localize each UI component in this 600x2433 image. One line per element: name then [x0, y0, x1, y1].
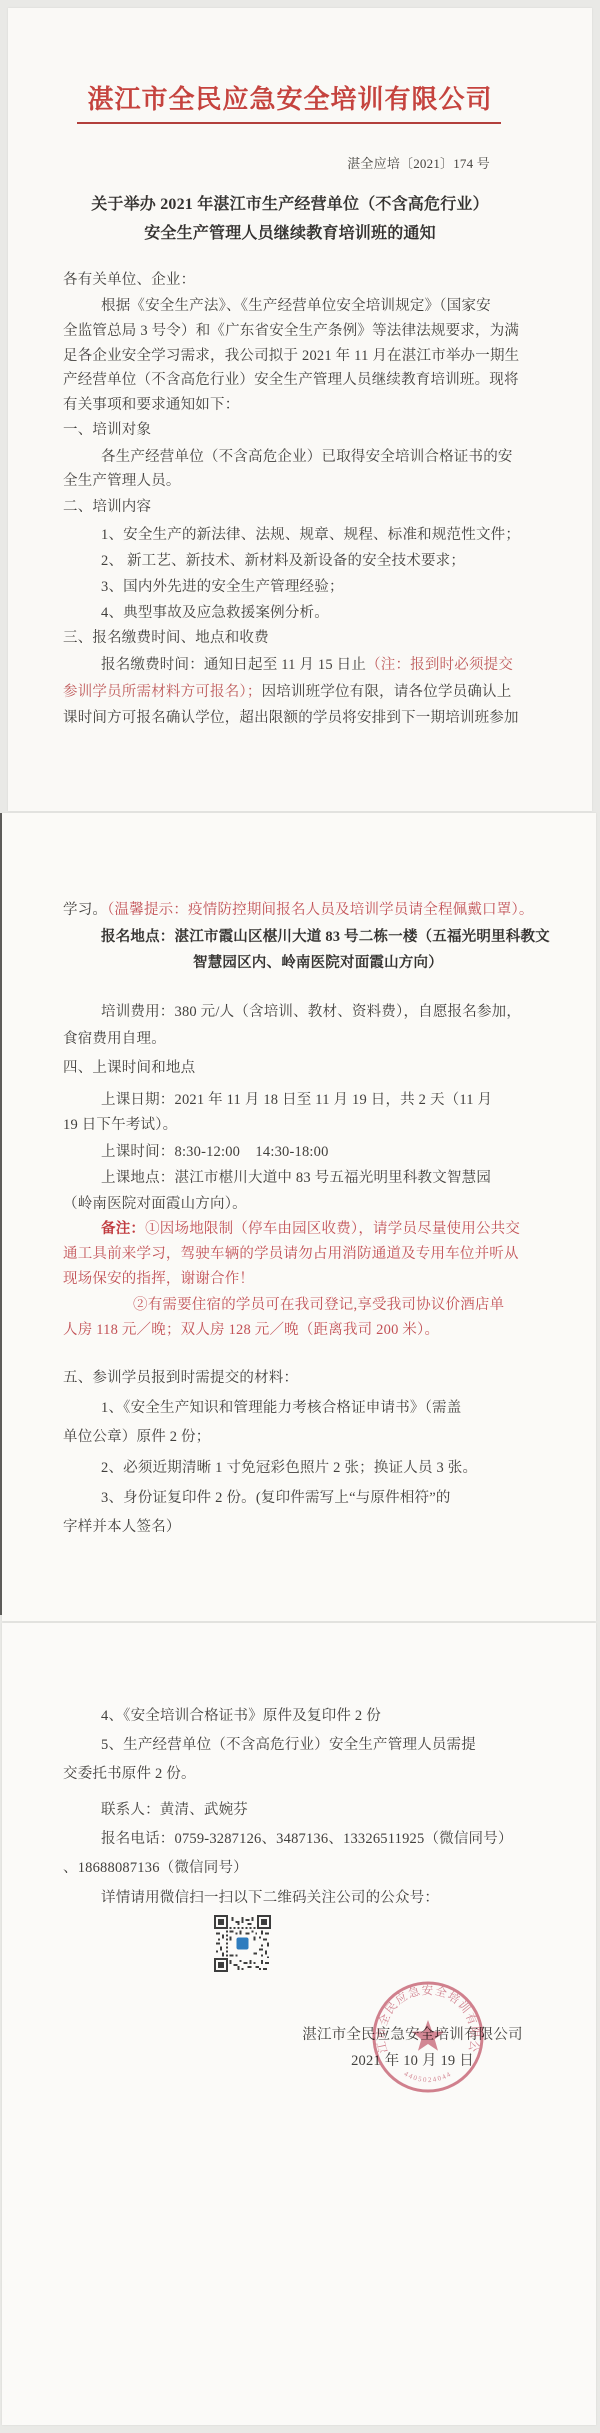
registration-quota-black: 因培训班学位有限，请各位学员确认上	[262, 684, 512, 700]
fee-line-1: 培训费用：380 元/人（含培训、教材、资料费），自愿报名参加，	[63, 1003, 503, 1022]
phone-line-1: 报名电话：0759-3287126、3487136、13326511925（微信…	[63, 1830, 503, 1849]
salutation: 各有关单位、企业：	[63, 271, 503, 290]
registration-address-line-1: 报名地点：湛江市霞山区椹川大道 83 号二栋一楼（五福光明里科教文	[63, 928, 503, 947]
material-1-line-2: 单位公章）原件 2 份；	[63, 1428, 503, 1447]
notice-title-line-1: 关于举办 2021 年湛江市生产经营单位（不含高危行业）	[60, 195, 520, 214]
section-5-heading: 五、参训学员报到时需提交的材料：	[63, 1369, 503, 1388]
seal-code: 4405024044	[403, 2070, 454, 2084]
remark-line-3: 现场保安的指挥，谢谢合作！	[63, 1270, 503, 1289]
org-title: 湛江市全民应急安全培训有限公司	[60, 85, 520, 115]
intro-line-2: 全监管总局 3 号令）和《广东省安全生产条例》等法律法规要求，为满	[63, 322, 503, 341]
content-item-2: 2、 新工艺、新技术、新材料及新设备的安全技术要求；	[63, 552, 503, 571]
scanned-notice-document: 湛江市全民应急安全培训有限公司 湛全应培〔2021〕174 号 关于举办 202…	[0, 0, 600, 2433]
remark-label: 备注：	[101, 1221, 145, 1237]
class-time-line: 上课时间：8:30-12:00 14:30-18:00	[63, 1143, 503, 1162]
qr-tip-line: 详情请用微信扫一扫以下二维码关注公司的公众号：	[63, 1889, 503, 1908]
contact-person-line: 联系人：黄清、武婉芬	[63, 1801, 503, 1820]
section-1-line-2: 全生产管理人员。	[63, 472, 503, 491]
phone-line-2: 、18688087136（微信同号）	[63, 1859, 503, 1878]
content-item-1: 1、安全生产的新法律、法规、规章、规程、标准和规范性文件；	[63, 526, 503, 545]
registration-time-line-2: 参训学员所需材料方可报名）；因培训班学位有限，请各位学员确认上	[63, 683, 503, 702]
section-3-heading: 三、报名缴费时间、地点和收费	[63, 629, 503, 648]
material-3-line-1: 3、身份证复印件 2 份。(复印件需写上“与原件相符”的	[63, 1489, 503, 1508]
registration-note-red: （注：报到时必须提交	[366, 657, 513, 673]
intro-line-1: 根据《安全生产法》、《生产经营单位安全培训规定》（国家安	[63, 297, 503, 316]
qr-center-logo	[237, 1938, 249, 1950]
section-4-heading: 四、上课时间和地点	[63, 1059, 503, 1078]
section-1-heading: 一、培训对象	[63, 421, 503, 440]
qr-code	[214, 1915, 271, 1972]
registration-time-black: 报名缴费时间：通知日起至 11 月 15 日止	[101, 657, 366, 673]
material-1-line-1: 1、《安全生产知识和管理能力考核合格证申请书》（需盖	[63, 1399, 503, 1418]
content-item-4: 4、典型事故及应急救援案例分析。	[63, 604, 503, 623]
class-date-line-2: 19 日下午考试）。	[63, 1116, 503, 1135]
section-1-line-1: 各生产经营单位（不含高危企业）已取得安全培训合格证书的安	[63, 448, 503, 467]
fee-line-2: 食宿费用自理。	[63, 1030, 503, 1049]
section-2-heading: 二、培训内容	[63, 498, 503, 517]
registration-time-line-3: 课时间方可报名确认学位，超出限额的学员将安排到下一期培训班参加	[63, 709, 503, 728]
registration-time-line-1: 报名缴费时间：通知日起至 11 月 15 日止（注：报到时必须提交	[63, 656, 503, 675]
material-4-line: 4、《安全培训合格证书》原件及复印件 2 份	[63, 1707, 503, 1726]
material-3-line-2: 字样并本人签名）	[63, 1518, 503, 1537]
remark-text-1: ①因场地限制（停车由园区收费），请学员尽量使用公共交	[145, 1221, 520, 1237]
covid-reminder-red: （温馨提示：疫情防控期间报名人员及培训学员请全程佩戴口罩）。	[107, 902, 534, 918]
continuation-black: 学习。	[63, 902, 107, 918]
remark-line-1: 备注：①因场地限制（停车由园区收费），请学员尽量使用公共交	[63, 1220, 503, 1239]
doc-number: 湛全应培〔2021〕174 号	[290, 154, 490, 173]
class-location-line-2: （岭南医院对面霞山方向）。	[63, 1195, 503, 1214]
notice-title-line-2: 安全生产管理人员继续教育培训班的通知	[60, 224, 520, 243]
intro-line-4: 产经营单位（不含高危行业）安全生产管理人员继续教育培训班。现将	[63, 371, 503, 390]
intro-line-3: 足各企业安全学习需求，我公司拟于 2021 年 11 月在湛江市举办一期生	[63, 347, 503, 366]
registration-note-red-cont: 参训学员所需材料方可报名）；	[63, 684, 262, 700]
remark-line-5: 人房 118 元／晚；双人房 128 元／晚（距离我司 200 米）。	[63, 1321, 503, 1340]
continuation-line: 学习。（温馨提示：疫情防控期间报名人员及培训学员请全程佩戴口罩）。	[63, 901, 503, 920]
class-location-line-1: 上课地点：湛江市椹川大道中 83 号五福光明里科教文智慧园	[63, 1169, 503, 1188]
company-seal: 湛江市全民应急安全培训有限公司 4405024044	[368, 1977, 488, 2097]
intro-line-5: 有关事项和要求通知如下：	[63, 396, 503, 415]
material-5-line-2: 交委托书原件 2 份。	[63, 1765, 503, 1784]
remark-line-4: ②有需要住宿的学员可在我司登记,享受我司协议价酒店单	[63, 1296, 503, 1315]
registration-address-line-2: 智慧园区内、岭南医院对面霞山方向）	[63, 954, 503, 973]
class-date-line-1: 上课日期：2021 年 11 月 18 日至 11 月 19 日，共 2 天（1…	[63, 1091, 503, 1110]
scan-artifact-line	[0, 813, 2, 1615]
remark-line-2: 通工具前来学习，驾驶车辆的学员请勿占用消防通道及专用车位并听从	[63, 1245, 503, 1264]
content-item-3: 3、国内外先进的安全生产管理经验；	[63, 578, 503, 597]
seal-code-holder: 4405024044	[403, 2070, 454, 2084]
material-5-line-1: 5、生产经营单位（不含高危行业）安全生产管理人员需提	[63, 1736, 503, 1755]
seal-star	[412, 2020, 444, 2051]
header-divider	[77, 122, 501, 124]
material-2-line: 2、必须近期清晰 1 寸免冠彩色照片 2 张；换证人员 3 张。	[63, 1459, 503, 1478]
